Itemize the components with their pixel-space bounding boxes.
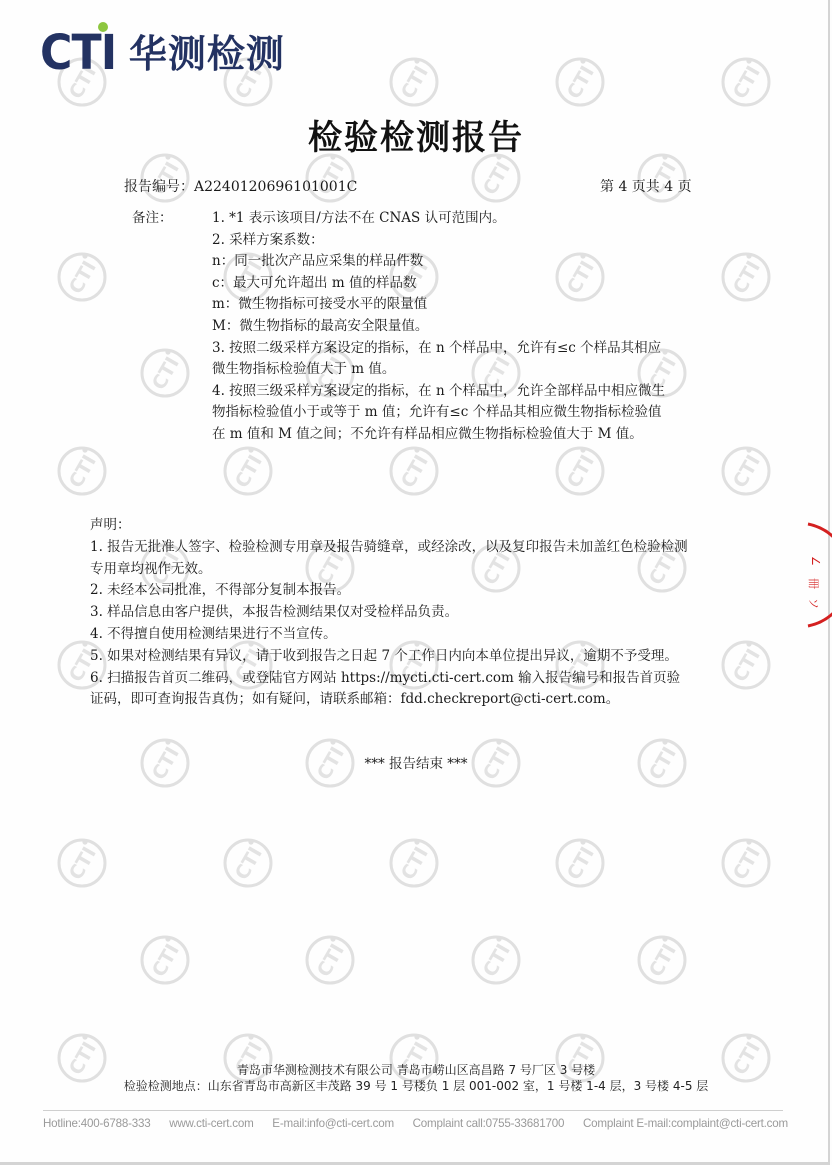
statement-line: 3. 样品信息由客户提供，本报告检测结果仅对受检样品负责。 — [90, 602, 750, 624]
remarks-list: 1. *1 表示该项目/方法不在 CNAS 认可范围内。 2. 采样方案系数： … — [212, 208, 702, 446]
remark-line: n：同一批次产品应采集的样品件数 — [212, 251, 702, 273]
footer-divider — [43, 1110, 783, 1111]
footer-website: www.cti-cert.com — [169, 1117, 253, 1130]
svg-text:∠: ∠ — [809, 556, 822, 566]
remark-line: 2. 采样方案系数： — [212, 230, 702, 252]
remark-line: c：最大可允许超出 m 值的样品数 — [212, 273, 702, 295]
statement-line: 4. 不得擅自使用检测结果进行不当宣传。 — [90, 624, 750, 646]
report-page: CTI CTI 华测检测 检验检测报告 报告编号：A22401206961010… — [0, 0, 830, 1165]
statement-section: 声明： 1. 报告无批准人签字、检验检测专用章及报告骑缝章，或经涂改，以及复印报… — [90, 515, 750, 711]
remark-line: m：微生物指标可接受水平的限量值 — [212, 294, 702, 316]
remark-line: M：微生物指标的最高安全限量值。 — [212, 316, 702, 338]
company-address: 青岛市华测检测技术有限公司 青岛市崂山区高昌路 7 号厂区 3 号楼 — [0, 1061, 832, 1078]
statement-line: 2. 未经本公司批准，不得部分复制本报告。 — [90, 580, 750, 602]
logo-latin: CTI — [40, 30, 116, 76]
remark-line: 4. 按照三级采样方案设定的指标，在 n 个样品中，允许全部样品中相应微生 — [212, 381, 702, 403]
statement-line: 1. 报告无批准人签字、检验检测专用章及报告骑缝章，或经涂改，以及复印报告未加盖… — [90, 537, 750, 559]
remark-line: 在 m 值和 M 值之间；不允许有样品相应微生物指标检验值大于 M 值。 — [212, 424, 702, 446]
report-title: 检验检测报告 — [0, 110, 832, 159]
company-logo: CTI 华测检测 — [40, 22, 285, 76]
logo-dot-icon — [98, 22, 108, 32]
logo-chinese: 华测检测 — [129, 32, 285, 76]
testing-location: 检验检测地点：山东省青岛市高新区丰茂路 39 号 1 号楼负 1 层 001-0… — [0, 1077, 832, 1094]
svg-text:ソ: ソ — [807, 598, 820, 609]
footer-hotline: Hotline:400-6788-333 — [43, 1117, 151, 1130]
footer-complaint-call: Complaint call:0755-33681700 — [413, 1117, 565, 1130]
statement-line: 证码，即可查询报告真伪；如有疑问，请联系邮箱：fdd.checkreport@c… — [90, 689, 750, 711]
statement-label: 声明： — [90, 515, 750, 537]
remark-line: 物指标检验值小于或等于 m 值；允许有≤c 个样品其相应微生物指标检验值 — [212, 402, 702, 424]
footer-contacts: Hotline:400-6788-333 www.cti-cert.com E-… — [43, 1117, 788, 1130]
footer-email: E-mail:info@cti-cert.com — [272, 1117, 394, 1130]
red-seal-stamp: ∠ 冊 ソ — [790, 520, 832, 630]
remark-line: 1. *1 表示该项目/方法不在 CNAS 认可范围内。 — [212, 208, 702, 230]
statement-line: 5. 如果对检测结果有异议，请于收到报告之日起 7 个工作日内向本单位提出异议，… — [90, 646, 750, 668]
statement-line: 专用章均视作无效。 — [90, 559, 750, 581]
remarks-label: 备注： — [132, 208, 202, 230]
footer-complaint-email: Complaint E-mail:complaint@cti-cert.com — [583, 1117, 788, 1130]
svg-text:冊: 冊 — [807, 578, 820, 589]
statement-line: 6. 扫描报告首页二维码，或登陆官方网站 https://mycti.cti-c… — [90, 668, 750, 690]
remark-line: 微生物指标检验值大于 m 值。 — [212, 359, 702, 381]
remark-line: 3. 按照二级采样方案设定的指标，在 n 个样品中，允许有≤c 个样品其相应 — [212, 338, 702, 360]
report-end-marker: *** 报告结束 *** — [0, 752, 832, 772]
page-info: 第 4 页共 4 页 — [600, 176, 692, 196]
report-number: 报告编号：A2240120696101001C — [124, 176, 357, 196]
